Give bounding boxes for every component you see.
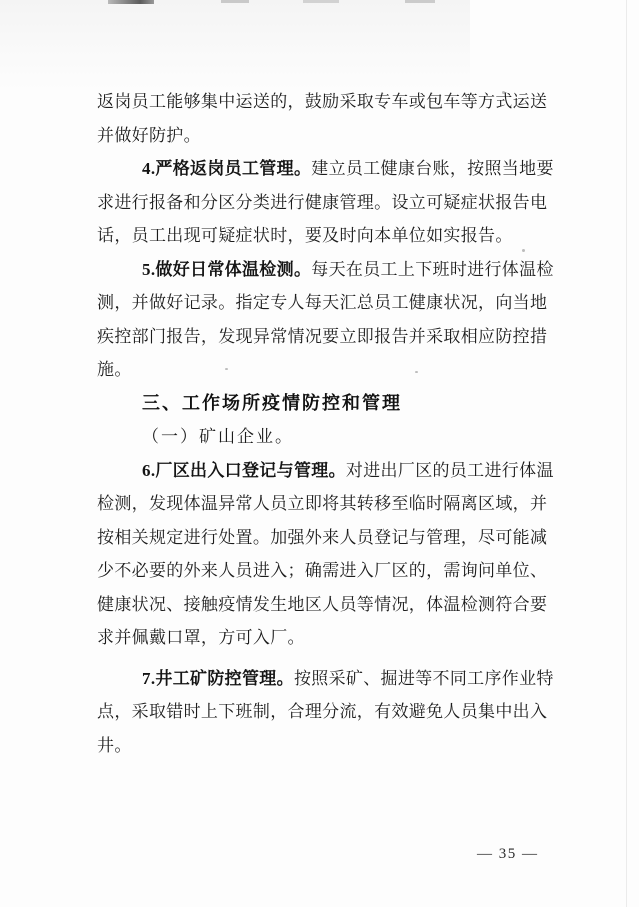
bold-run: 6.厂区出入口登记与管理。 [142,461,346,480]
text-line: 求并佩戴口罩，方可入厂。 [97,621,562,655]
text-line: 求进行报备和分区分类进行健康管理。设立可疑症状报告电 [97,186,562,220]
bold-run: 5.做好日常体温检测。 [142,260,311,279]
bold-run: 三、工作场所疫情防控和管理 [142,393,402,413]
scan-edge-line [626,0,627,907]
text-run: 并做好防护。 [97,126,201,145]
text-run: 井。 [97,736,132,755]
section-heading: 三、工作场所疫情防控和管理 [97,387,562,421]
scan-artifact-top-4 [405,0,435,3]
text-run: 少不必要的外来人员进入；确需进入厂区的，需询问单位、 [97,561,547,580]
text-line: 6.厂区出入口登记与管理。对进出厂区的员工进行体温 [97,454,562,488]
text-line: 井。 [97,729,562,763]
scan-artifact-top-2 [221,0,249,3]
text-run: 按相关规定进行处置。加强外来人员登记与管理，尽可能减 [97,528,547,547]
text-line: 少不必要的外来人员进入；确需进入厂区的，需询问单位、 [97,554,562,588]
text-run: 求进行报备和分区分类进行健康管理。设立可疑症状报告电 [97,193,547,212]
text-line: 施。 [97,353,562,387]
document-body: 返岗员工能够集中运送的，鼓励采取专车或包车等方式运送 并做好防护。 4.严格返岗… [97,85,562,762]
scan-artifact-top-3 [303,0,339,3]
text-line: 4.严格返岗员工管理。建立员工健康台账，按照当地要 [97,152,562,186]
text-line: 检测，发现体温异常人员立即将其转移至临时隔离区域，并 [97,487,562,521]
text-run: 按照采矿、掘进等不同工序作业特 [294,669,554,688]
text-run: 施。 [97,360,132,379]
text-line: 健康状况、接触疫情发生地区人员等情况，体温检测符合要 [97,588,562,622]
text-run: 返岗员工能够集中运送的，鼓励采取专车或包车等方式运送 [97,92,547,111]
text-line: 7.井工矿防控管理。按照采矿、掘进等不同工序作业特 [97,662,562,696]
text-run: （一）矿山企业。 [142,427,294,446]
text-run: 每天在员工上下班时进行体温检 [311,260,553,279]
text-run: 健康状况、接触疫情发生地区人员等情况，体温检测符合要 [97,595,547,614]
text-line: 测，并做好记录。指定专人每天汇总员工健康状况，向当地 [97,286,562,320]
text-run: 对进出厂区的员工进行体温 [346,461,554,480]
page-number: — 35 — [477,846,539,863]
text-run: 检测，发现体温异常人员立即将其转移至临时隔离区域，并 [97,494,547,513]
text-run: 建立员工健康台账，按照当地要 [311,159,553,178]
text-run: 测，并做好记录。指定专人每天汇总员工健康状况，向当地 [97,293,547,312]
text-line: 点，采取错时上下班制，合理分流，有效避免人员集中出入 [97,695,562,729]
text-run: 点，采取错时上下班制，合理分流，有效避免人员集中出入 [97,702,547,721]
text-run: 求并佩戴口罩，方可入厂。 [97,628,305,647]
text-line: 并做好防护。 [97,119,562,153]
subsection-label: （一）矿山企业。 [97,420,562,454]
text-line: 话，员工出现可疑症状时，要及时向本单位如实报告。 [97,219,562,253]
text-line: 按相关规定进行处置。加强外来人员登记与管理，尽可能减 [97,521,562,555]
scan-artifact-top-1 [108,0,154,4]
bold-run: 4.严格返岗员工管理。 [142,159,311,178]
text-line: 5.做好日常体温检测。每天在员工上下班时进行体温检 [97,253,562,287]
text-line: 返岗员工能够集中运送的，鼓励采取专车或包车等方式运送 [97,85,562,119]
scan-shading [0,0,470,90]
text-run: 话，员工出现可疑症状时，要及时向本单位如实报告。 [97,226,513,245]
bold-run: 7.井工矿防控管理。 [142,669,294,688]
text-run: 疾控部门报告，发现异常情况要立即报告并采取相应防控措 [97,327,547,346]
text-line: 疾控部门报告，发现异常情况要立即报告并采取相应防控措 [97,320,562,354]
